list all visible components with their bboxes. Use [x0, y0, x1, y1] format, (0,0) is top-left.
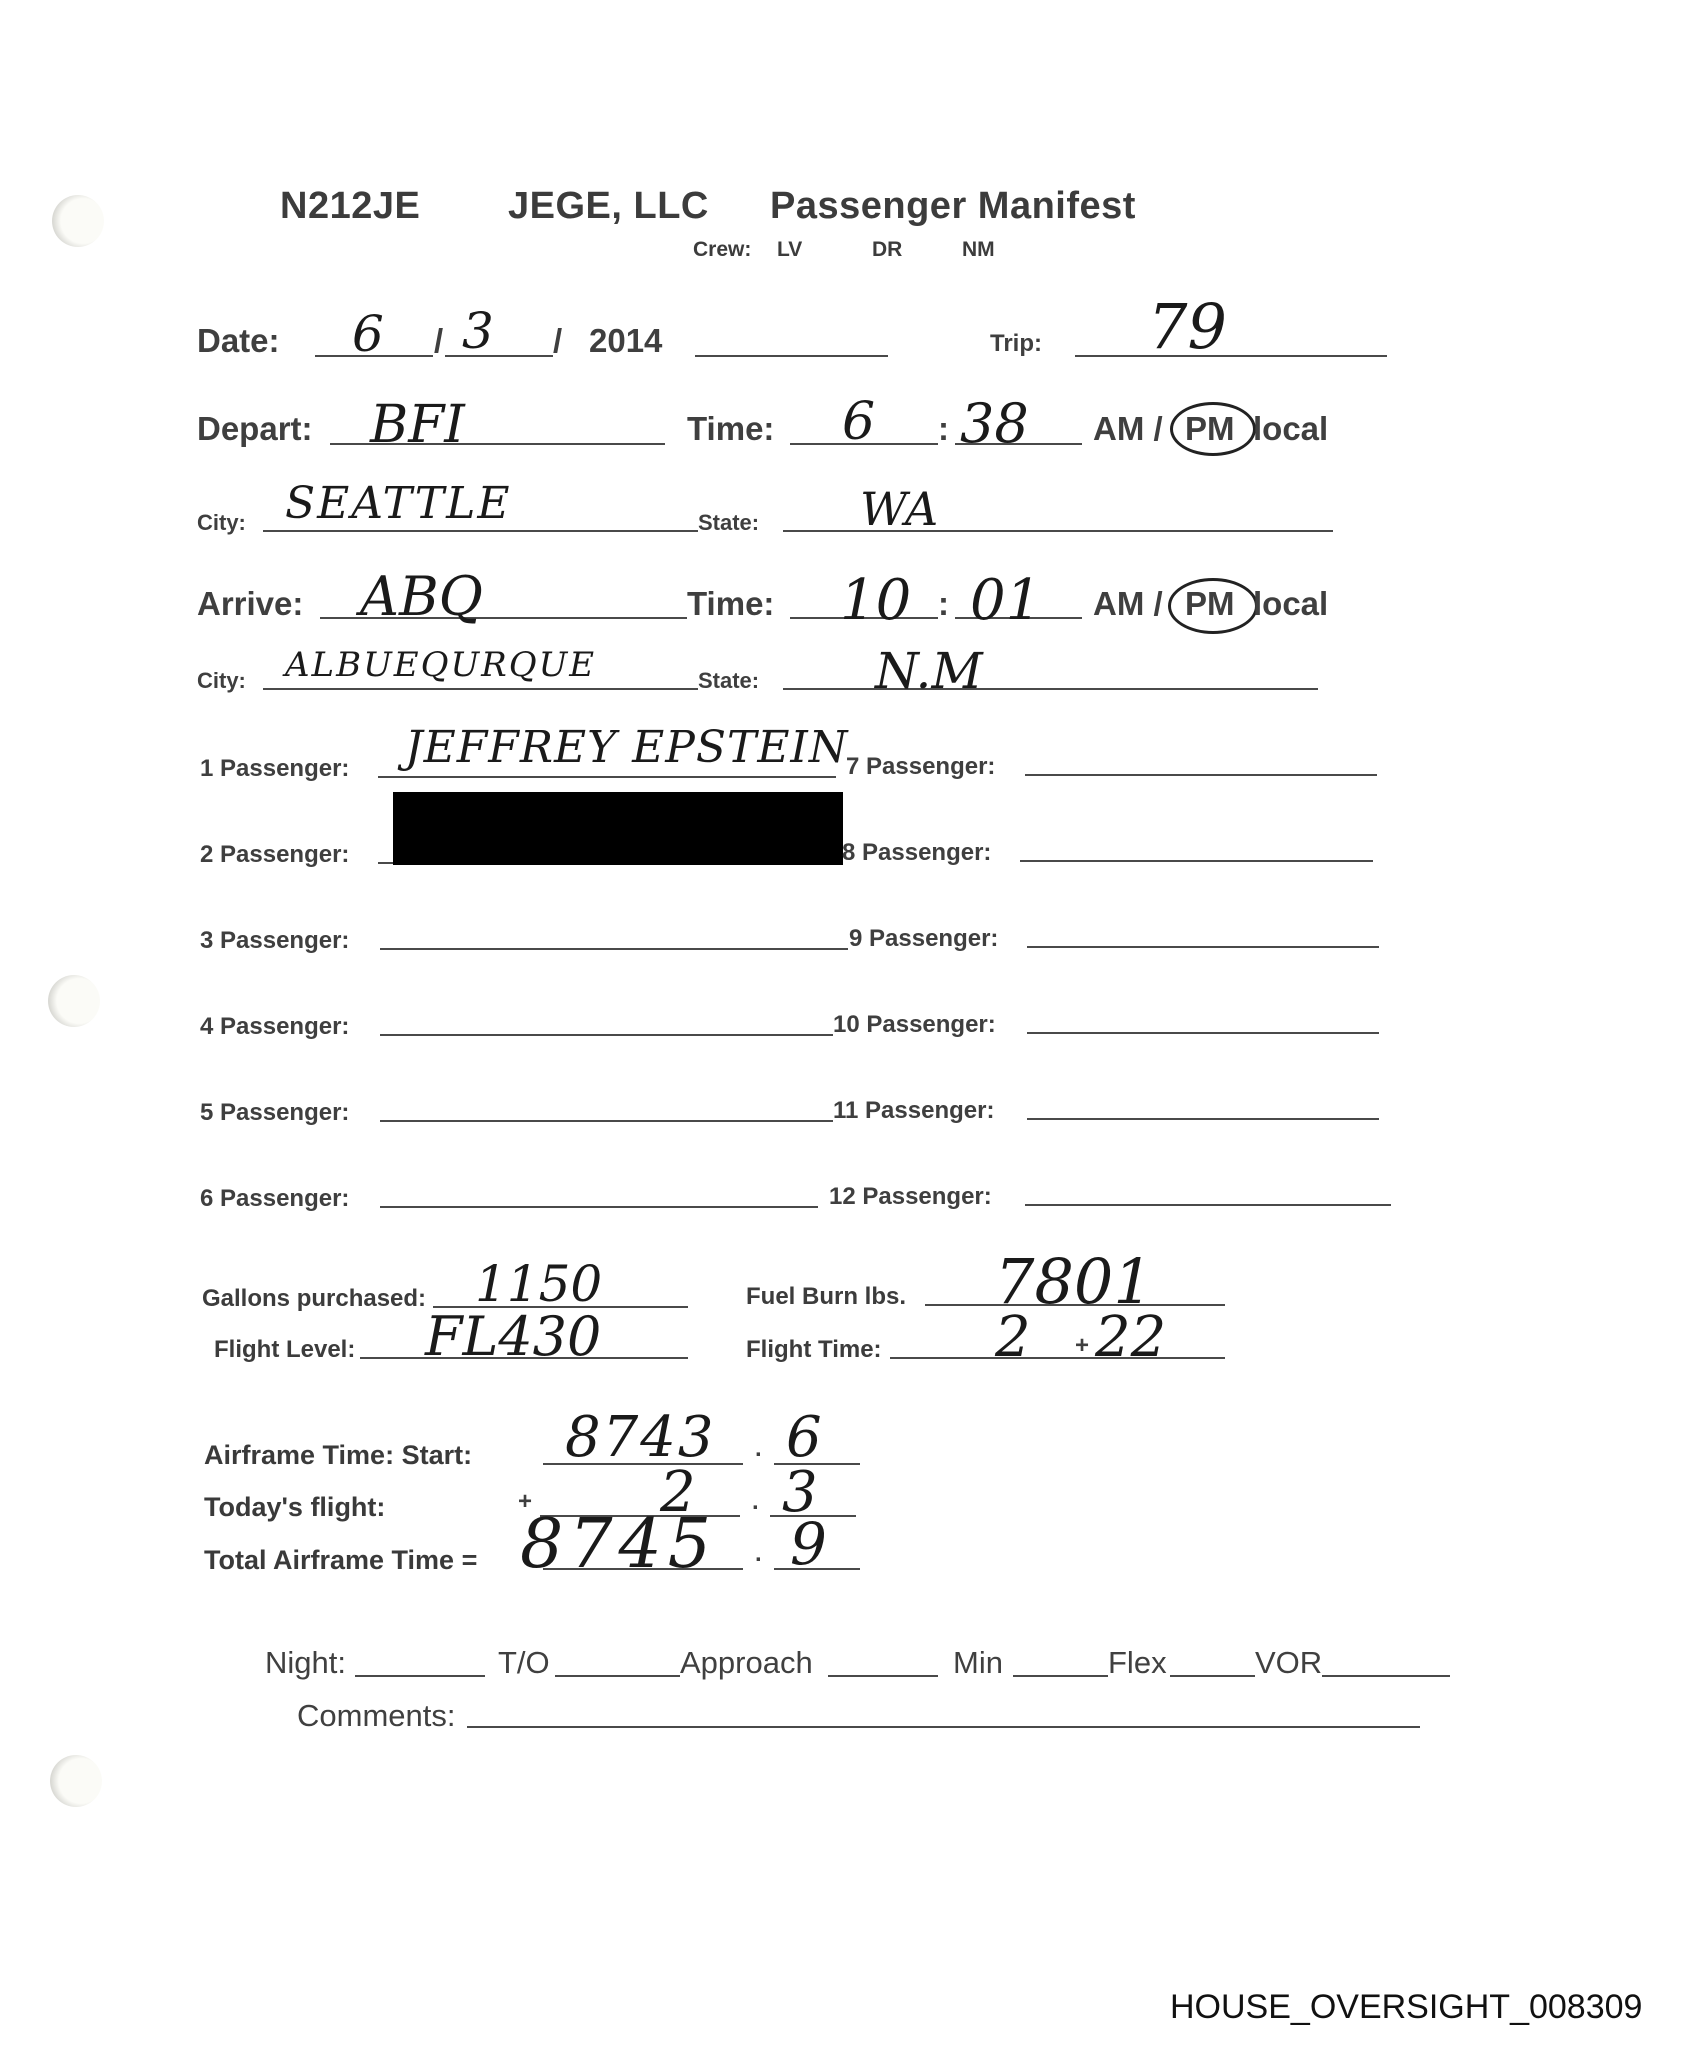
binder-hole-middle [48, 975, 100, 1027]
date-year-line [695, 355, 888, 357]
approach-label: Approach [680, 1645, 813, 1681]
passenger-10-line[interactable] [1027, 1032, 1379, 1034]
passenger-9-label: 9 Passenger: [849, 925, 998, 953]
crew-label: Crew: [693, 238, 751, 262]
date-separator-2: / [553, 322, 562, 360]
depart-hour-field[interactable]: 6 [842, 392, 875, 452]
passenger-10-label: 10 Passenger: [833, 1011, 996, 1039]
arrive-time-label: Time: [687, 585, 774, 623]
flight-level-label: Flight Level: [214, 1336, 355, 1364]
passenger-3-label: 3 Passenger: [200, 927, 349, 955]
depart-city-field[interactable]: SEATTLE [285, 478, 511, 529]
arrive-label: Arrive: [197, 585, 303, 623]
passenger-1-label: 1 Passenger: [200, 755, 349, 783]
arrive-airport-field[interactable]: ABQ [360, 565, 483, 628]
todays-flight-dot: . [752, 1488, 759, 1516]
todays-flight-label: Today's flight: [204, 1492, 385, 1523]
night-line[interactable] [355, 1675, 485, 1677]
crew-member-2: DR [872, 238, 902, 262]
flex-line[interactable] [1170, 1675, 1255, 1677]
depart-am-option[interactable]: AM / [1093, 410, 1163, 448]
depart-city-label: City: [197, 510, 246, 536]
passenger-11-line[interactable] [1027, 1118, 1379, 1120]
depart-local-label: local [1253, 410, 1328, 448]
depart-state-field[interactable]: WA [860, 482, 938, 536]
flight-time-separator: + [1075, 1332, 1089, 1360]
flight-time-hours-field[interactable]: 2 [995, 1305, 1031, 1370]
passenger-5-label: 5 Passenger: [200, 1099, 349, 1127]
depart-time-colon: : [938, 410, 949, 448]
night-label: Night: [265, 1645, 346, 1681]
takeoff-label: T/O [498, 1645, 550, 1681]
passenger-2-label: 2 Passenger: [200, 841, 349, 869]
flight-time-label: Flight Time: [746, 1336, 882, 1364]
flight-level-field[interactable]: FL430 [425, 1305, 601, 1368]
trip-number-field[interactable]: 79 [1148, 290, 1227, 363]
arrive-city-line [263, 688, 698, 690]
binder-hole-bottom [50, 1755, 102, 1807]
binder-hole-top [52, 195, 104, 247]
form-title: Passenger Manifest [770, 185, 1136, 228]
total-airframe-decimal-field[interactable]: 9 [790, 1510, 827, 1578]
depart-state-label: State: [698, 510, 759, 536]
airframe-start-label: Airframe Time: Start: [204, 1440, 472, 1471]
company-name: JEGE, LLC [508, 185, 709, 228]
airframe-start-dot: . [755, 1435, 762, 1463]
depart-label: Depart: [197, 410, 313, 448]
flex-label: Flex [1108, 1645, 1167, 1681]
passenger-1-line [378, 776, 836, 778]
date-year: 2014 [589, 322, 662, 360]
total-airframe-label: Total Airframe Time = [204, 1545, 477, 1576]
vor-line[interactable] [1322, 1675, 1450, 1677]
trip-line [1075, 355, 1387, 357]
passenger-11-label: 11 Passenger: [833, 1097, 994, 1125]
passenger-6-label: 6 Passenger: [200, 1185, 349, 1213]
approach-line[interactable] [828, 1675, 938, 1677]
passenger-6-line[interactable] [380, 1206, 818, 1208]
min-line[interactable] [1013, 1675, 1108, 1677]
depart-pm-selected-circle [1170, 402, 1256, 456]
comments-line[interactable] [467, 1726, 1420, 1728]
date-day-field[interactable]: 3 [462, 302, 494, 360]
passenger-7-line[interactable] [1025, 774, 1377, 776]
date-label: Date: [197, 322, 280, 360]
date-month-field[interactable]: 6 [352, 305, 384, 363]
arrive-time-colon: : [938, 585, 949, 623]
vor-label: VOR [1255, 1645, 1322, 1681]
passenger-1-field[interactable]: JEFFREY EPSTEIN [405, 722, 848, 773]
min-label: Min [953, 1645, 1003, 1681]
arrive-state-field[interactable]: N.M [875, 642, 983, 700]
depart-minute-field[interactable]: 38 [960, 392, 1029, 455]
arrive-state-label: State: [698, 668, 759, 694]
crew-member-3: NM [962, 238, 995, 262]
arrive-city-field[interactable]: ALBUEQURQUE [285, 645, 596, 685]
tail-number: N212JE [280, 185, 420, 228]
arrive-hour-field[interactable]: 10 [840, 568, 911, 633]
arrive-am-option[interactable]: AM / [1093, 585, 1163, 623]
flight-time-minutes-field[interactable]: 22 [1095, 1305, 1166, 1370]
passenger-12-line[interactable] [1025, 1204, 1391, 1206]
passenger-3-line[interactable] [380, 948, 848, 950]
total-airframe-whole-field[interactable]: 8745 [520, 1505, 717, 1584]
date-separator-1: / [434, 322, 443, 360]
arrive-local-label: local [1253, 585, 1328, 623]
passenger-7-label: 7 Passenger: [846, 753, 995, 781]
passenger-8-line[interactable] [1020, 860, 1373, 862]
comments-label: Comments: [297, 1698, 455, 1734]
depart-airport-field[interactable]: BFI [370, 395, 465, 455]
arrive-minute-field[interactable]: 01 [970, 568, 1041, 633]
fuel-burn-label: Fuel Burn lbs. [746, 1283, 906, 1311]
passenger-4-label: 4 Passenger: [200, 1013, 349, 1041]
takeoff-line[interactable] [555, 1675, 680, 1677]
arrive-city-label: City: [197, 668, 246, 694]
passenger-9-line[interactable] [1027, 946, 1379, 948]
arrive-pm-selected-circle [1168, 578, 1258, 634]
depart-city-line [263, 530, 698, 532]
passenger-5-line[interactable] [380, 1120, 833, 1122]
passenger-2-redaction [393, 792, 843, 865]
trip-label: Trip: [990, 330, 1042, 358]
flight-time-line [890, 1357, 1225, 1359]
gallons-purchased-label: Gallons purchased: [202, 1285, 426, 1313]
passenger-4-line[interactable] [380, 1034, 833, 1036]
passenger-8-label: 8 Passenger: [842, 839, 991, 867]
arrive-state-line [783, 688, 1318, 690]
crew-member-1: LV [777, 238, 802, 262]
total-airframe-dot: . [755, 1540, 762, 1568]
bates-number: HOUSE_OVERSIGHT_008309 [1170, 1988, 1642, 2027]
passenger-12-label: 12 Passenger: [829, 1183, 992, 1211]
depart-time-label: Time: [687, 410, 774, 448]
